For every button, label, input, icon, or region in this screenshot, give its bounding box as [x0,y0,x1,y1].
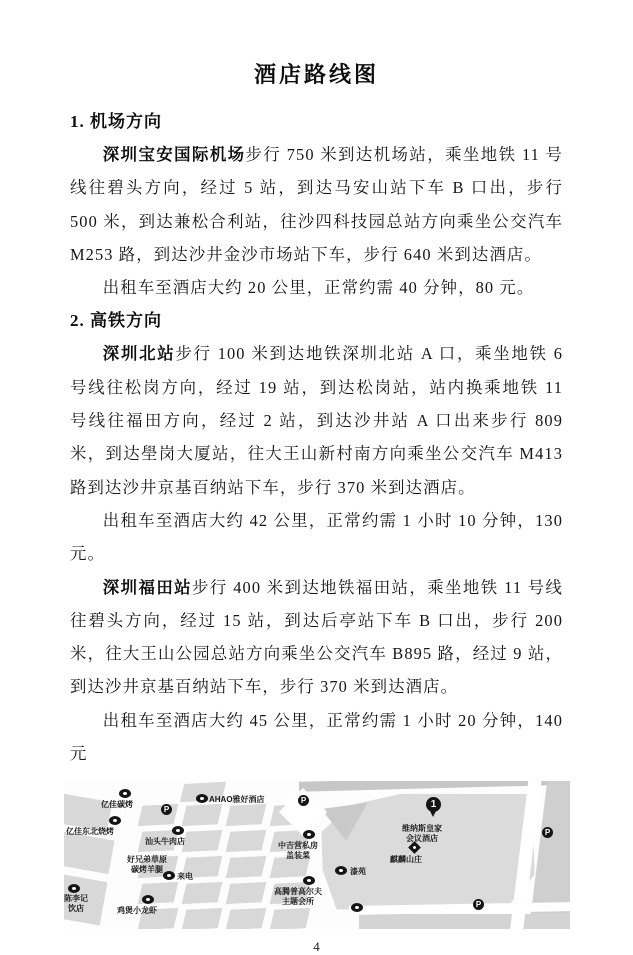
route-sections: 1. 机场方向深圳宝安国际机场步行 750 米到达机场站，乘坐地铁 11 号线往… [70,105,563,770]
route-paragraph: 出租车至酒店大约 45 公里，正常约需 1 小时 20 分钟，140 元 [70,704,563,771]
route-paragraph: 深圳北站步行 100 米到达地铁深圳北站 A 口，乘坐地铁 6 号线往松岗方向，… [70,337,563,503]
route-paragraph: 深圳福田站步行 400 米到达地铁福田站，乘坐地铁 11 号线往碧头方向，经过 … [70,571,563,704]
map-block [182,908,223,929]
restaurant-pin-icon [119,789,131,798]
map-block [226,856,267,878]
map-poi-label: 漆苑 [350,867,366,877]
map-poi-label: 麒麟山庄 [390,855,422,865]
map-poi-label: 高腾普高尔夫主题会所 [274,887,322,906]
route-paragraph: 出租车至酒店大约 20 公里，正常约需 40 分钟，80 元。 [70,271,563,304]
page-number: 4 [70,939,563,955]
station-name: 深圳北站 [103,344,176,363]
restaurant-pin-icon [196,794,208,803]
station-name: 深圳福田站 [103,578,192,597]
map-poi-label: 亿佳东北烧烤 [66,827,114,837]
route-paragraph: 深圳宝安国际机场步行 750 米到达机场站，乘坐地铁 11 号线往碧头方向，经过… [70,138,563,271]
section-heading: 2. 高铁方向 [70,304,563,337]
map-poi-label: 汕头牛肉店 [145,837,185,847]
map-block [64,830,114,874]
map-block [182,830,223,852]
map-block [182,804,223,826]
map-block [226,882,267,904]
map-block [359,914,570,929]
map-poi-label: 陈李记饮店 [64,894,88,913]
restaurant-pin-icon [109,816,121,825]
map-poi-label: 好兄弟草原碳烤羊腿 [127,855,167,874]
map-block [226,908,267,929]
document-page: 酒店路线图 1. 机场方向深圳宝安国际机场步行 750 米到达机场站，乘坐地铁 … [0,0,633,897]
map-poi-label: 维纳斯皇家会议酒店 [402,824,442,843]
map-block [270,908,311,929]
page-title: 酒店路线图 [70,58,563,89]
station-name: 深圳宝安国际机场 [103,145,246,164]
map-poi-label: 鸡煲小龙虾 [117,906,157,916]
route-map-image: 亿佳碳烤PAHAO雅好酒店P1维纳斯皇家会议酒店P亿佳东北烧烤汕头牛肉店中吉营私… [64,781,570,929]
section-heading: 1. 机场方向 [70,105,563,138]
map-poi-label: 来电 [177,872,193,882]
map-poi-label: 亿佳碳烤 [101,800,133,810]
restaurant-pin-icon [172,826,184,835]
map-block [138,804,179,826]
map-poi-label: AHAO雅好酒店 [209,795,265,805]
route-paragraph: 出租车至酒店大约 42 公里，正常约需 1 小时 10 分钟，130 元。 [70,504,563,571]
map-block [226,804,267,826]
map-block [226,830,267,852]
restaurant-pin-icon [303,830,315,839]
restaurant-pin-icon [303,876,315,885]
map-poi-label: 中吉营私房盖装菜 [278,841,318,860]
map-block [182,882,223,904]
